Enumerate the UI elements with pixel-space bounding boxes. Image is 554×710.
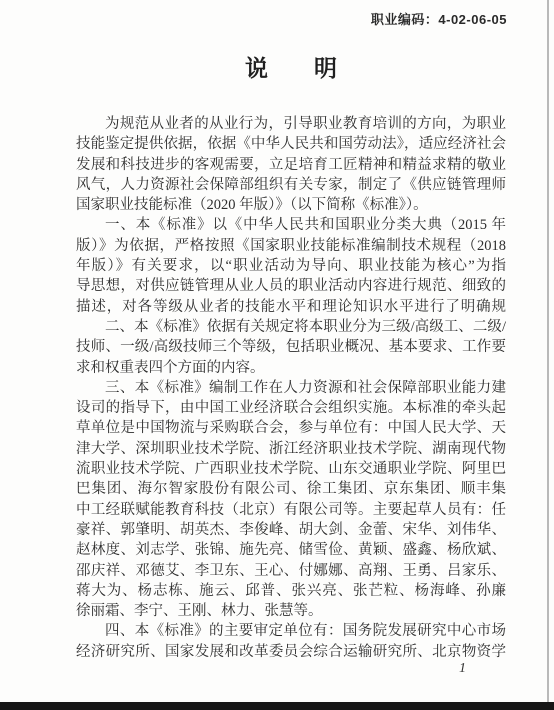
scan-bottom-bar — [0, 702, 554, 710]
text-line: 设司的指导下，由中国工业经济联合会组织实施。本标准的牵头起 — [76, 398, 506, 418]
text-line: 经济研究所、国家发展和改革委员会综合运输研究所、北京物资学 — [76, 642, 506, 662]
text-line: 赵林度、刘志学、张锦、施先亮、储雪俭、黄颖、盛鑫、杨欣斌、 — [76, 540, 506, 560]
text-line: 草单位是中国物流与采购联合会，参与单位有：中国人民大学、天 — [76, 418, 506, 438]
text-line: 流职业技术学院、广西职业技术学院、山东交通职业学院、阿里巴 — [76, 459, 506, 479]
text-line: 发展和科技进步的客观需要，立足培育工匠精神和精益求精的敬业 — [76, 155, 506, 175]
text-line: 年版）》有关要求，以“职业活动为导向、职业技能为核心”为指 — [76, 256, 506, 276]
text-line: 二、本《标准》依据有关规定将本职业分为三级/高级工、二级/ — [76, 317, 506, 337]
text-line: 导思想，对供应链管理从业人员的职业活动内容进行规范、细致的 — [76, 276, 506, 296]
text-line: 巴集团、海尔智家股份有限公司、徐工集团、京东集团、顺丰集团、 — [76, 479, 506, 499]
text-line: 描述，对各等级从业者的技能水平和理论知识水平进行了明确规定。 — [76, 297, 506, 317]
text-line: 蒋大为、杨志栋、施云、邱普、张兴亮、张芒粒、杨海峰、孙廉江、 — [76, 581, 506, 601]
text-line: 徐丽霜、李宁、王刚、林力、张慧等。 — [76, 601, 506, 621]
text-line: 豪祥、郭肇明、胡英杰、李俊峰、胡大剑、金蕾、宋华、刘伟华、 — [76, 520, 506, 540]
page-number: 1 — [459, 661, 466, 677]
text-line: 为规范从业者的从业行为，引导职业教育培训的方向，为职业 — [76, 114, 506, 134]
text-line: 国家职业技能标准（2020 年版）》（以下简称《标准》）。 — [76, 195, 506, 215]
text-line: 三、本《标准》编制工作在人力资源和社会保障部职业能力建 — [76, 378, 506, 398]
text-line: 一、本《标准》以《中华人民共和国职业分类大典（2015 年 — [76, 215, 506, 235]
occupation-code: 职业编码：4-02-06-05 — [371, 9, 507, 28]
text-line: 技能鉴定提供依据，依据《中华人民共和国劳动法》，适应经济社会 — [76, 134, 506, 154]
page-title: 说 明 — [76, 50, 506, 83]
text-line: 求和权重表四个方面的内容。 — [76, 358, 506, 378]
text-line: 邵庆祥、邓德艾、李卫东、王心、付娜娜、高翔、王勇、吕家乐、 — [76, 561, 506, 581]
text-line: 风气，人力资源社会保障部组织有关专家，制定了《供应链管理师 — [76, 175, 506, 195]
text-line: 技师、一级/高级技师三个等级，包括职业概况、基本要求、工作要 — [76, 337, 506, 357]
text-line: 中工经联赋能教育科技（北京）有限公司等。主要起草人员有：任 — [76, 500, 506, 520]
text-line: 版）》为依据，严格按照《国家职业技能标准编制技术规程（2018 — [76, 236, 506, 256]
text-line: 津大学、深圳职业技术学院、浙江经济职业技术学院、湖南现代物 — [76, 439, 506, 459]
document-page: 职业编码：4-02-06-05 说 明 为规范从业者的从业行为，引导职业教育培训… — [0, 0, 554, 710]
scan-edge-right — [547, 0, 549, 702]
document-body: 为规范从业者的从业行为，引导职业教育培训的方向，为职业技能鉴定提供依据，依据《中… — [76, 114, 506, 662]
text-line: 四、本《标准》的主要审定单位有：国务院发展研究中心市场 — [76, 621, 506, 641]
